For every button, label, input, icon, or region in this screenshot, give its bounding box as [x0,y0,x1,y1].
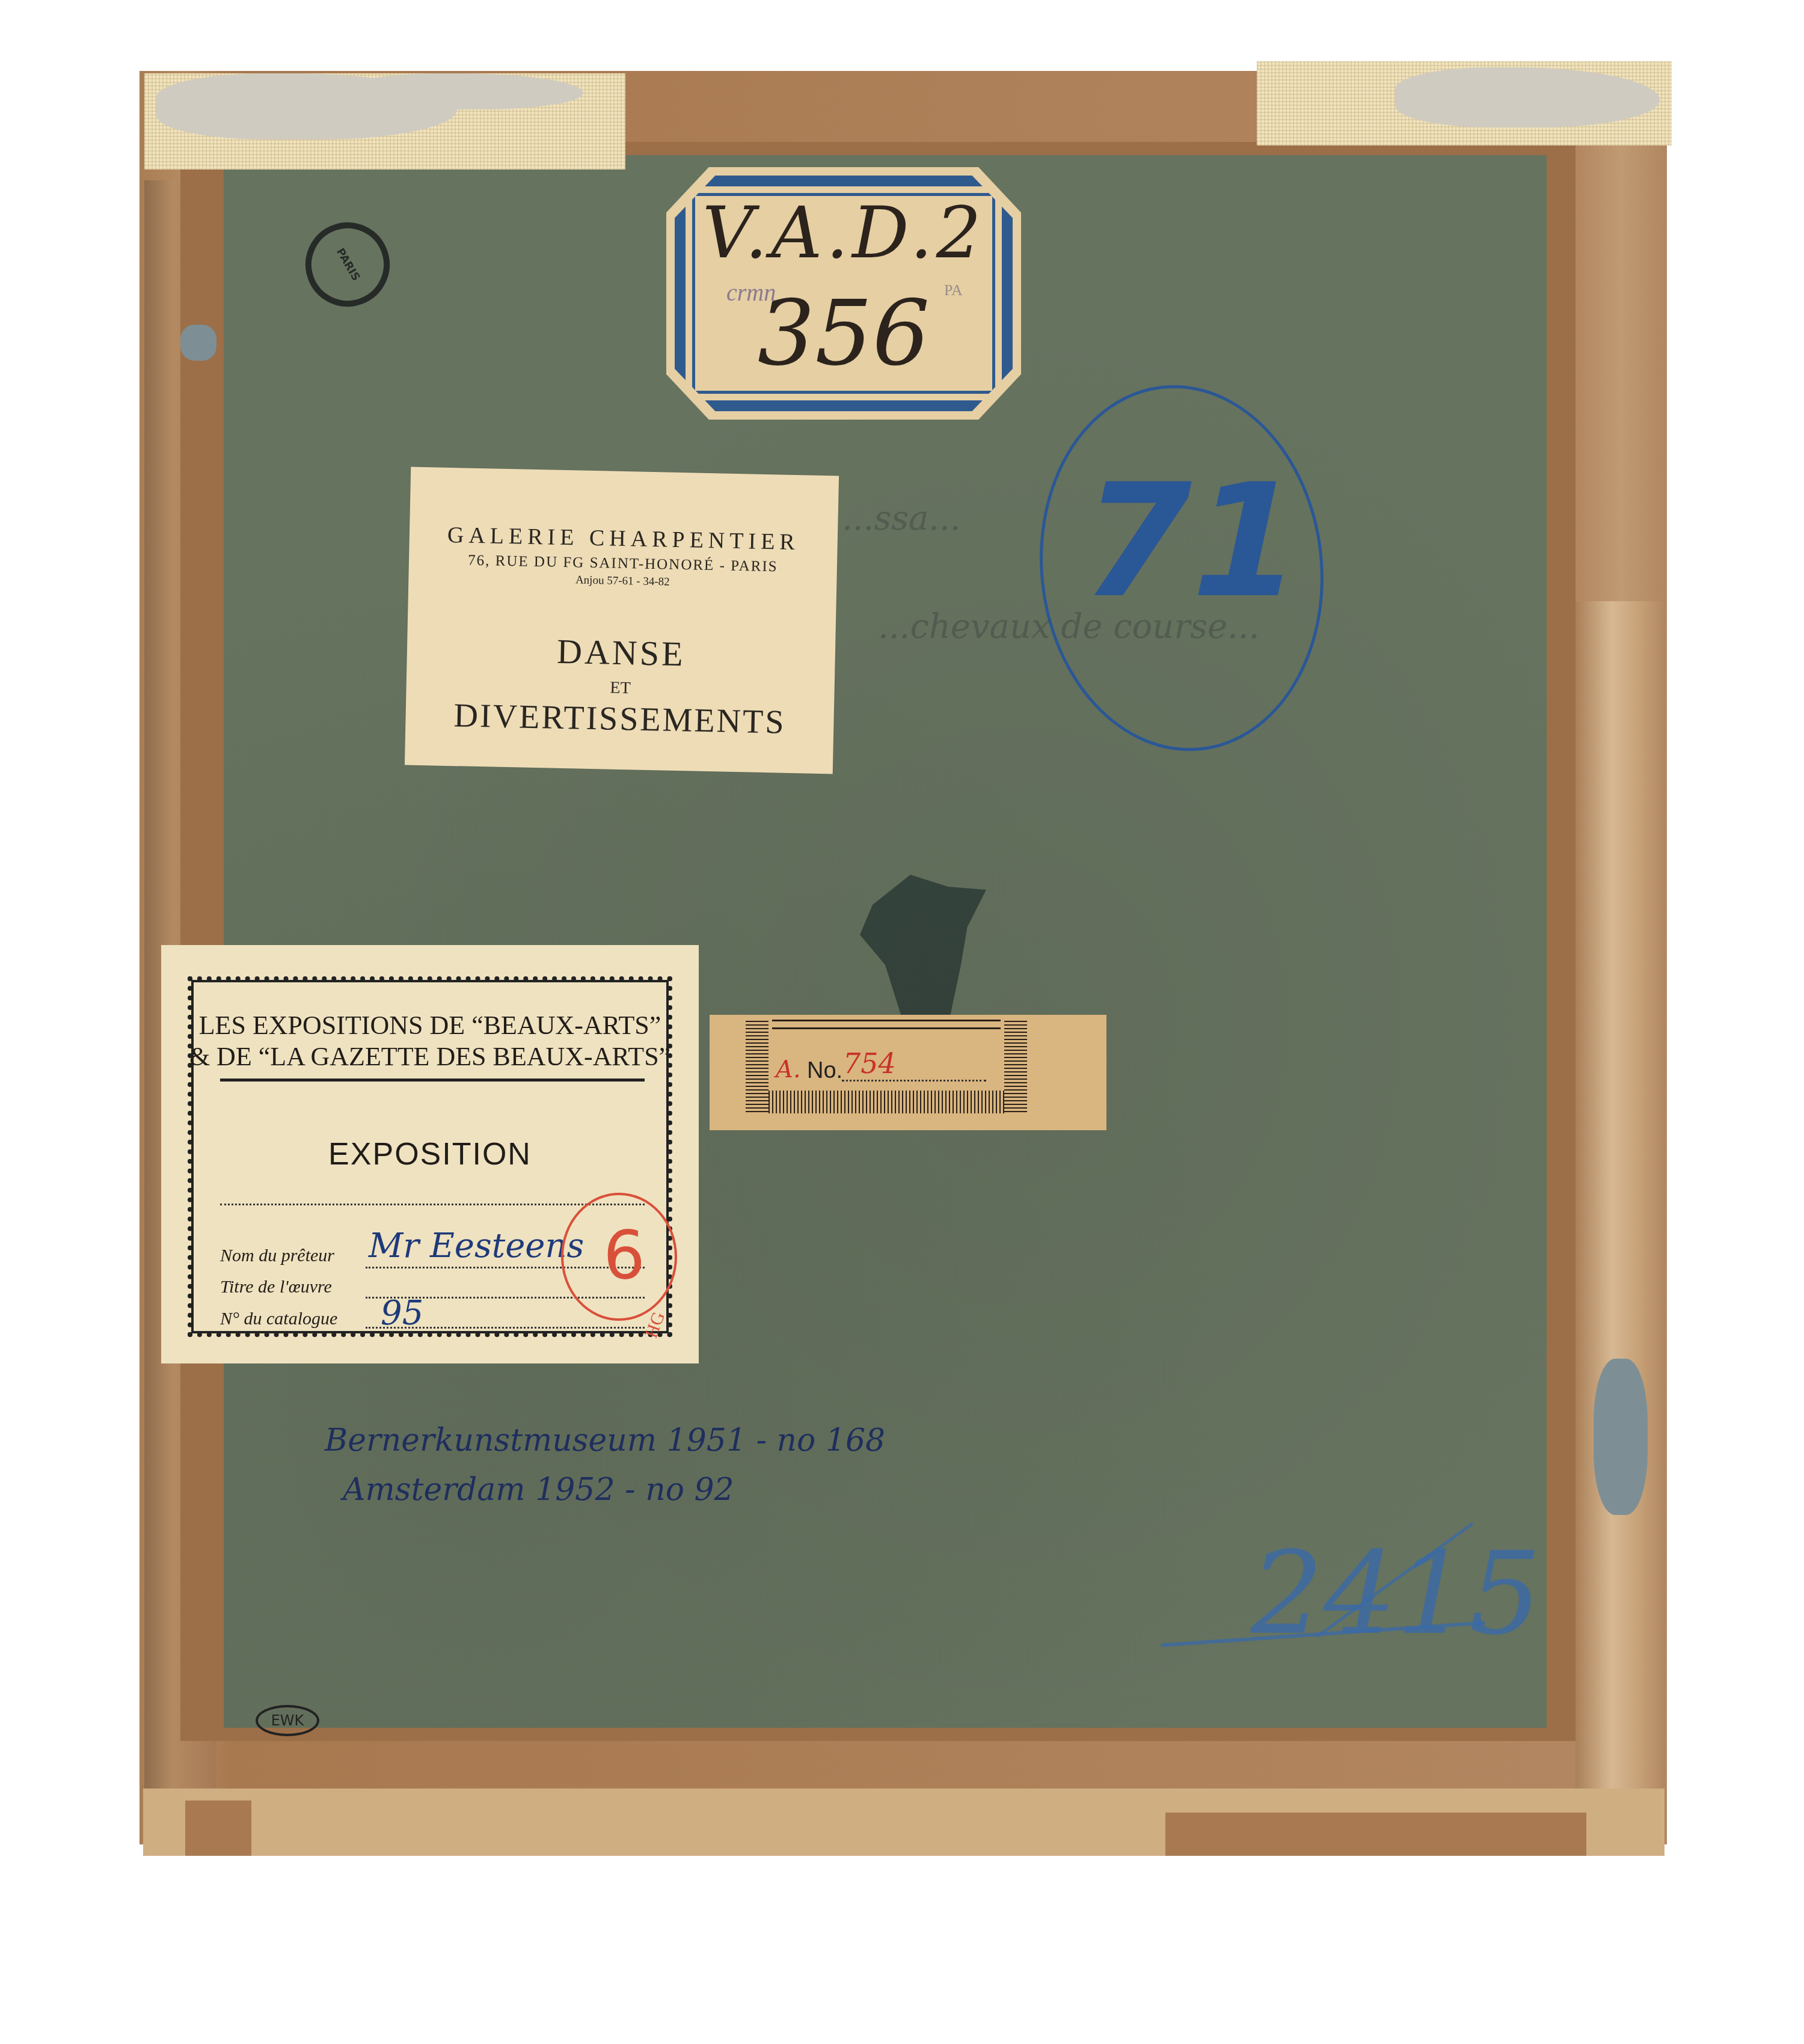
faint-pencil-line-1: ...ssa... [842,499,961,538]
exhibition-title-line-1: DANSE [407,628,835,678]
inventory-code: V.A.D.2 [666,191,1021,274]
blue-crayon-number: 71 [1063,451,1319,632]
exhibition-title-line-3: DIVERTISSEMENTS [405,696,834,743]
dotted-line [842,1080,986,1082]
field-value-catalogue: 95 [381,1294,423,1333]
blue-crayon-signature: 2415 [1251,1527,1542,1660]
number-value: 754 [843,1047,896,1080]
torn-paper-patch [1594,1359,1648,1515]
field-label-title: Titre de l'œuvre [220,1277,332,1297]
label-stripes-right [1004,1018,1027,1112]
inventory-number: 356 [666,281,1021,386]
inventory-label: V.A.D.2 crmn PA 356 [666,167,1021,420]
label-stripes-left [746,1018,769,1112]
number-label: A. No. 754 [710,1015,1106,1130]
expo-header-line-2: & DE “LA GAZETTE DES BEAUX-ARTS” [161,1041,699,1072]
blank-line [220,1204,645,1205]
field-label-catalogue: N° du catalogue [220,1309,337,1329]
tape-top-right [1257,61,1672,145]
note-line: Amsterdam 1952 - no 92 [325,1465,885,1514]
expo-header-line-1: LES EXPOSITIONS DE “BEAUX-ARTS” [161,1010,699,1041]
exposition-label: LES EXPOSITIONS DE “BEAUX-ARTS” & DE “LA… [161,945,699,1363]
label-stripes-bottom [769,1091,1004,1113]
faint-pencil-line-2: ...chevaux de course... [878,607,1259,646]
field-value-lender: Mr Eesteens [369,1226,584,1265]
gallery-name: GALERIE CHARPENTIER [409,521,838,557]
expo-title: EXPOSITION [161,1136,699,1172]
label-top-rule [772,1020,1001,1029]
torn-paper-patch [180,325,216,361]
board-right-edge [1575,601,1666,1804]
header-rule [220,1079,645,1082]
handwritten-exhibition-history: Bernerkunstmuseum 1951 - no 168 Amsterda… [325,1416,885,1514]
tape-top-left [144,73,625,170]
galerie-charpentier-label: GALERIE CHARPENTIER 76, RUE DU FG SAINT-… [405,467,839,774]
stamp-text: PARIS [333,246,362,283]
number-prefix: A. [776,1056,801,1083]
note-line: Bernerkunstmuseum 1951 - no 168 [325,1416,885,1465]
number-caption: No. [807,1058,842,1084]
field-label-lender: Nom du prêteur [220,1246,334,1266]
paper-strip-bottom [143,1788,1664,1856]
ewk-stamp: EWK [256,1705,319,1736]
red-circled-number: 6 [603,1217,645,1294]
